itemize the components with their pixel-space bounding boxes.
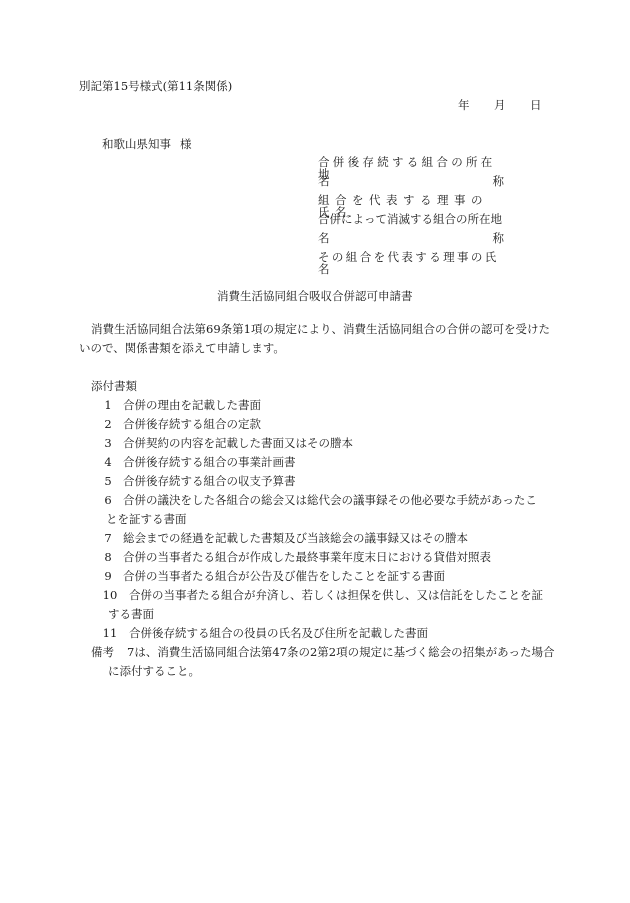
body-text-line1: 消費生活協同組合法第69条第1項の規定により、消費生活協同組合の合併の認可を受け…	[91, 324, 550, 336]
dissolved-coop-representative-label: その組合を代表する理事の氏名	[318, 252, 504, 275]
attachment-item-continuation: とを証する書面	[106, 514, 187, 526]
attachment-item: 10合併の当事者たる組合が弁済し、若しくは担保を供し、又は信託をしたことを証	[99, 590, 543, 602]
attachment-item: 9合併の当事者たる組合が公告及び催告をしたことを証する書面	[97, 571, 445, 583]
attachment-item: 4合併後存続する組合の事業計画書	[97, 457, 296, 469]
addressee-honorific: 様	[180, 139, 192, 151]
attachment-item: 2合併後存続する組合の定款	[97, 419, 261, 431]
remarks-line1: 7は、消費生活協同組合法第47条の2第2項の規定に基づく総会の招集があった場合	[127, 647, 554, 659]
date-year: 年	[458, 100, 470, 112]
attachment-item-continuation: する書面	[108, 609, 154, 621]
attachment-item: 6合併の議決をした各組合の総会又は総代会の議事録その他必要な手続があったこ	[97, 495, 537, 507]
attachment-item: 11合併後存続する組合の役員の氏名及び住所を記載した書面	[99, 628, 428, 640]
date-month: 月	[494, 100, 506, 112]
surviving-coop-name-label: 名 称	[318, 176, 504, 188]
body-text-line2: いので、関係書類を添えて申請します。	[79, 343, 285, 355]
dissolved-coop-name-label: 名 称	[318, 233, 504, 245]
attachment-item: 8合併の当事者たる組合が作成した最終事業年度末日における貸借対照表	[97, 552, 491, 564]
attachment-item: 5合併後存続する組合の収支予算書	[97, 476, 296, 488]
attachments-heading: 添付書類	[91, 381, 137, 393]
form-label: 別記第15号様式(第11条関係)	[79, 81, 232, 93]
remarks-line2: に添付すること。	[108, 666, 200, 678]
attachment-item: 1合併の理由を記載した書面	[97, 400, 261, 412]
dissolved-coop-address-label: 合併によって消滅する組合の所在地	[318, 214, 504, 226]
document-title: 消費生活協同組合吸収合併認可申請書	[217, 291, 413, 303]
attachment-item: 7総会までの経過を記載した書類及び当該総会の議事録又はその謄本	[97, 533, 468, 545]
remarks-label: 備考	[91, 647, 114, 659]
date-day: 日	[530, 100, 542, 112]
attachment-item: 3合併契約の内容を記載した書面又はその謄本	[97, 438, 353, 450]
addressee-name: 和歌山県知事	[102, 139, 171, 151]
